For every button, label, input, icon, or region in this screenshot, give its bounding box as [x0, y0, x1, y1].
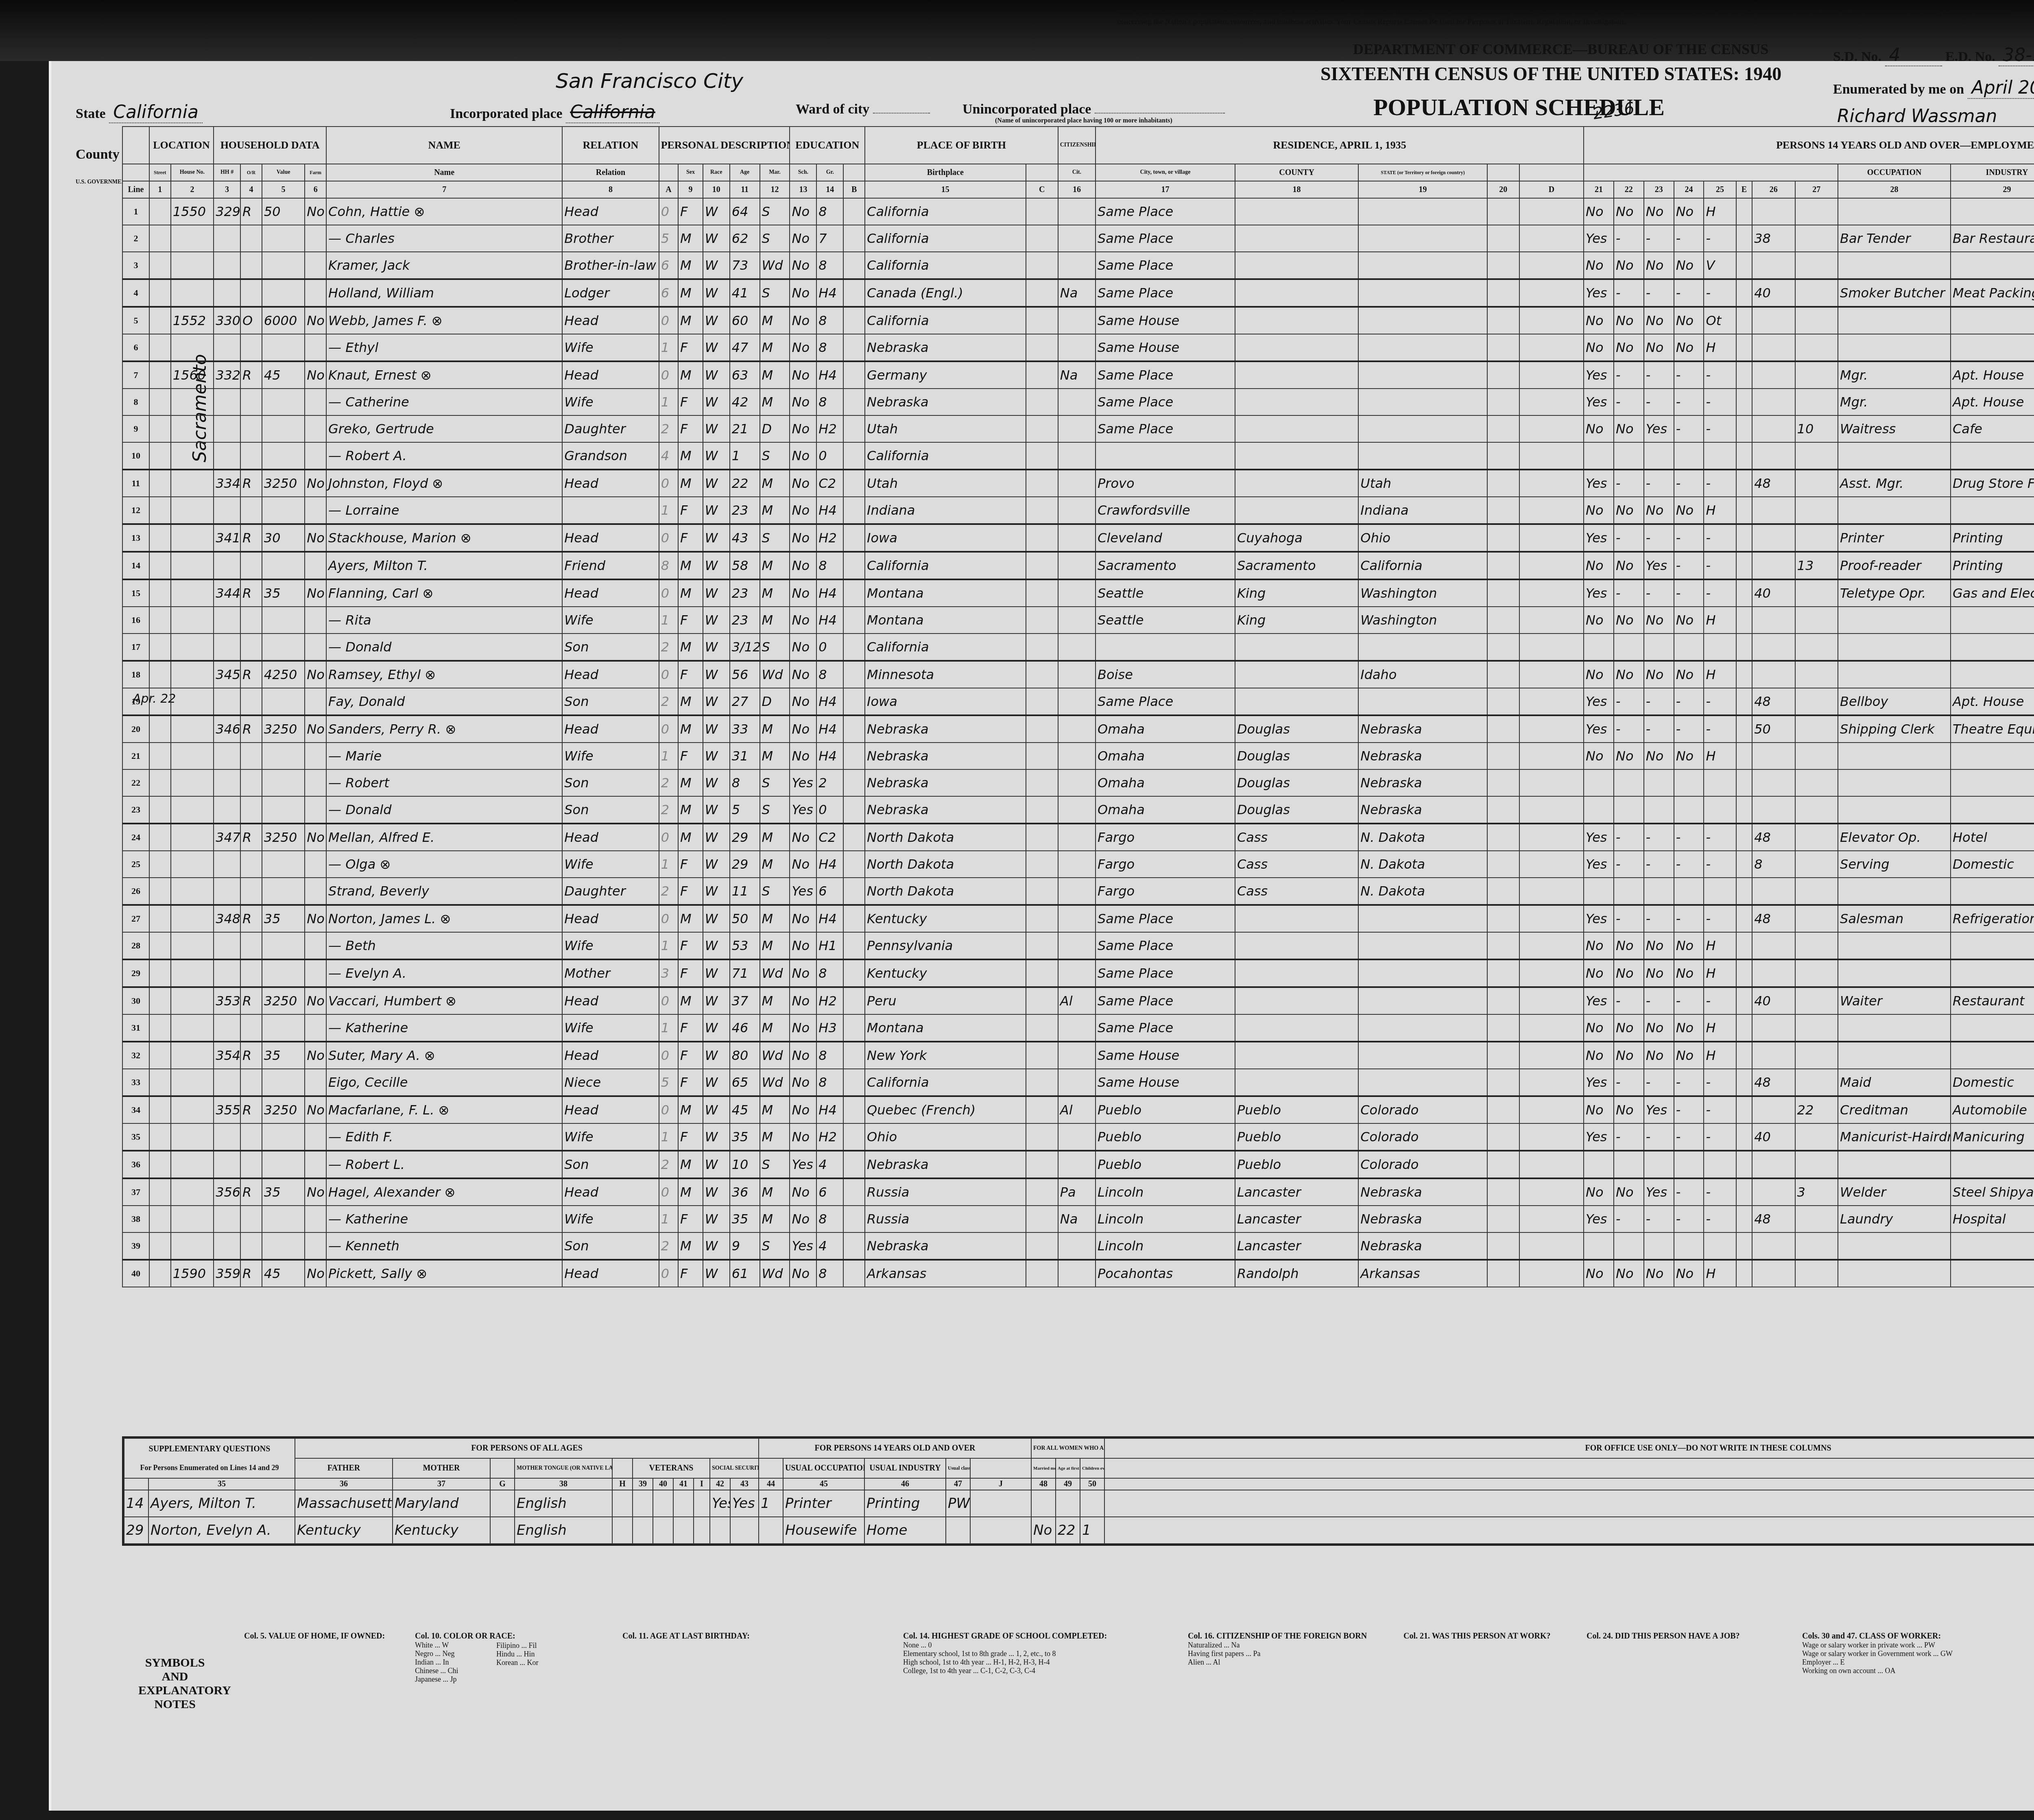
cell-c25: H: [1704, 1260, 1736, 1287]
cell-race: W: [703, 389, 730, 415]
cell-c: [1026, 607, 1058, 634]
cell-dur: [1795, 579, 1838, 607]
cell-c21: Yes: [1584, 389, 1614, 415]
cell-name: Stackhouse, Marion ⊗: [326, 524, 562, 552]
cell-state: N. Dakota: [1358, 851, 1487, 878]
cell-b: [843, 198, 865, 225]
cell-rel: Head: [562, 1096, 659, 1123]
cell-rel: Wife: [562, 851, 659, 878]
cell-line: 26: [122, 878, 149, 905]
cell-birth: Arkansas: [865, 1260, 1026, 1287]
cell-a: 0: [659, 1260, 678, 1287]
cell-mar: S: [760, 878, 790, 905]
cell-city: Crawfordsville: [1096, 497, 1235, 524]
supplementary-section: SUPPLEMENTARY QUESTIONSFor Persons Enume…: [122, 1436, 2034, 1546]
cell-dur: [1795, 334, 1838, 361]
cell-c21: Yes: [1584, 1069, 1614, 1096]
cell-cit: Pa: [1058, 1178, 1096, 1206]
cell-sch: No: [790, 470, 816, 497]
cell-gr: H2: [816, 1123, 843, 1151]
cell-sex: F: [678, 959, 703, 987]
cell-name: — Lorraine: [326, 497, 562, 524]
cell-d: [1519, 497, 1584, 524]
cell-city: Same Place: [1096, 389, 1235, 415]
cell-name: Mellan, Alfred E.: [326, 824, 562, 851]
cell-cit: [1058, 878, 1096, 905]
cell-c23: -: [1644, 1206, 1674, 1232]
cell-occ: [1838, 932, 1951, 959]
cell-hrs: 48: [1752, 905, 1795, 932]
cell-value: [262, 769, 305, 796]
cell-c22: No: [1614, 552, 1644, 579]
cell-farm20: [1487, 634, 1519, 661]
cell-farm: [305, 932, 326, 959]
cell-value: 35: [262, 579, 305, 607]
cell-line: 20: [122, 715, 149, 743]
cell-occ: Salesman: [1838, 905, 1951, 932]
cell-dur: [1795, 225, 1838, 252]
cell-street: [149, 497, 171, 524]
cell-birth: Montana: [865, 607, 1026, 634]
cell-c24: -: [1674, 1096, 1704, 1123]
cell-birth: Kentucky: [865, 959, 1026, 987]
cell-birth: Peru: [865, 987, 1026, 1014]
cell-gr: H2: [816, 524, 843, 552]
cell-c22: No: [1614, 497, 1644, 524]
cell-dur: [1795, 715, 1838, 743]
cell-value: [262, 1232, 305, 1260]
cell-birth: Germany: [865, 361, 1026, 389]
cell-dur: [1795, 524, 1838, 552]
cell-race: W: [703, 279, 730, 307]
cell-dur: [1795, 796, 1838, 824]
cell-hh: [214, 932, 240, 959]
cell-c21: Yes: [1584, 905, 1614, 932]
cell-street: [149, 688, 171, 715]
class-codes: Cols. 30 and 47. CLASS OF WORKER: Wage o…: [1802, 1632, 1953, 1675]
table-row: 35— Edith F.Wife1FW35MNoH2OhioPuebloPueb…: [122, 1123, 2034, 1151]
cell-race: W: [703, 198, 730, 225]
cell-county: Douglas: [1235, 796, 1358, 824]
cell-c25: -: [1704, 1096, 1736, 1123]
cell-county: [1235, 279, 1358, 307]
cell-c25: -: [1704, 987, 1736, 1014]
cell-sch: Yes: [790, 796, 816, 824]
cell-street: [149, 743, 171, 769]
cell-house: [171, 1123, 214, 1151]
cell-line: 21: [122, 743, 149, 769]
cell-c24: -: [1674, 1123, 1704, 1151]
cell-c21: [1584, 1232, 1614, 1260]
cell-c: [1026, 225, 1058, 252]
cell-d: [1519, 959, 1584, 987]
cell-c23: Yes: [1644, 415, 1674, 442]
cell-birth: California: [865, 198, 1026, 225]
cell-d: [1519, 334, 1584, 361]
cell-ind: [1951, 959, 2034, 987]
cell-farm: No: [305, 1178, 326, 1206]
ward-field: Ward of city: [796, 102, 930, 117]
cell-farm: [305, 688, 326, 715]
cell-dur: 10: [1795, 415, 1838, 442]
cell-mar: S: [760, 442, 790, 470]
cell-hh: [214, 225, 240, 252]
cell-farm20: [1487, 1096, 1519, 1123]
cell-b: [843, 796, 865, 824]
cell-hh: [214, 389, 240, 415]
cell-state: N. Dakota: [1358, 878, 1487, 905]
cell-value: 30: [262, 524, 305, 552]
cell-mar: S: [760, 769, 790, 796]
cell-own: [240, 634, 262, 661]
cell-c: [1026, 497, 1058, 524]
cell-name: — Olga ⊗: [326, 851, 562, 878]
cell-city: Same Place: [1096, 198, 1235, 225]
cell-occ: [1838, 959, 1951, 987]
cell-value: 4250: [262, 661, 305, 688]
table-row: 15344R35NoFlanning, Carl ⊗Head0MW23MNoH4…: [122, 579, 2034, 607]
cell-ind: [1951, 442, 2034, 470]
cell-age: 64: [730, 198, 760, 225]
cell-e: [1736, 743, 1752, 769]
cell-hrs: [1752, 1151, 1795, 1178]
cell-sch: No: [790, 1260, 816, 1287]
group-citizenship: CITIZENSHIP: [1058, 127, 1096, 164]
cell-a: 0: [659, 361, 678, 389]
cell-hh: 344: [214, 579, 240, 607]
cell-dur: [1795, 497, 1838, 524]
cell-ind: [1951, 1151, 2034, 1178]
cell-ind: [1951, 607, 2034, 634]
cell-cit: Al: [1058, 1096, 1096, 1123]
cell-sex: M: [678, 688, 703, 715]
cell-b: [843, 470, 865, 497]
cell-c23: No: [1644, 307, 1674, 334]
cell-e: [1736, 389, 1752, 415]
cell-hrs: [1752, 607, 1795, 634]
cell-own: [240, 552, 262, 579]
cell-c25: H: [1704, 661, 1736, 688]
cell-rel: Head: [562, 824, 659, 851]
cell-c25: [1704, 769, 1736, 796]
supp-cell-occ: Housewife: [783, 1517, 864, 1544]
cell-sex: M: [678, 252, 703, 279]
cell-state: Nebraska: [1358, 769, 1487, 796]
table-row: 27348R35NoNorton, James L. ⊗Head0MW50MNo…: [122, 905, 2034, 932]
cell-race: W: [703, 688, 730, 715]
cell-own: [240, 1232, 262, 1260]
cell-house: [171, 442, 214, 470]
supplementary-rows: 14Ayers, Milton T.MassachusettsMarylandE…: [124, 1490, 2034, 1544]
cell-value: [262, 497, 305, 524]
cell-house: [171, 252, 214, 279]
cell-b: [843, 905, 865, 932]
cell-dur: [1795, 1206, 1838, 1232]
cell-cit: [1058, 715, 1096, 743]
supp-cell-h: [612, 1517, 633, 1544]
cell-occ: Bellboy: [1838, 688, 1951, 715]
cell-rel: Son: [562, 796, 659, 824]
cell-sch: No: [790, 607, 816, 634]
cell-sch: No: [790, 279, 816, 307]
cell-occ: Proof-reader: [1838, 552, 1951, 579]
cell-county: [1235, 661, 1358, 688]
cell-d: [1519, 1014, 1584, 1042]
cell-sex: M: [678, 796, 703, 824]
cell-state: Idaho: [1358, 661, 1487, 688]
cell-occ: [1838, 1042, 1951, 1069]
cell-dur: [1795, 769, 1838, 796]
cell-sch: No: [790, 905, 816, 932]
cell-name: Greko, Gertrude: [326, 415, 562, 442]
cell-e: [1736, 470, 1752, 497]
cell-farm20: [1487, 552, 1519, 579]
cell-a: 2: [659, 1232, 678, 1260]
cell-house: [171, 824, 214, 851]
cell-city: Same House: [1096, 1069, 1235, 1096]
cell-county: Pueblo: [1235, 1096, 1358, 1123]
census-title: SIXTEENTH CENSUS OF THE UNITED STATES: 1…: [1320, 63, 1781, 85]
cell-sch: No: [790, 959, 816, 987]
office-use-header: FOR OFFICE USE ONLY—DO NOT WRITE IN THES…: [1104, 1438, 2034, 1458]
cell-hrs: 40: [1752, 1123, 1795, 1151]
cell-hrs: [1752, 442, 1795, 470]
cell-c25: H: [1704, 607, 1736, 634]
cell-c23: -: [1644, 1123, 1674, 1151]
cell-hrs: 48: [1752, 1206, 1795, 1232]
cell-cit: Na: [1058, 361, 1096, 389]
cell-house: [171, 415, 214, 442]
cell-house: [171, 1096, 214, 1123]
cell-state: [1358, 334, 1487, 361]
cell-street: [149, 1123, 171, 1151]
cell-house: [171, 661, 214, 688]
cell-c22: [1614, 878, 1644, 905]
cell-farm: [305, 607, 326, 634]
cell-hrs: [1752, 959, 1795, 987]
cell-a: 1: [659, 334, 678, 361]
cell-age: 42: [730, 389, 760, 415]
cell-b: [843, 959, 865, 987]
cell-ind: Apt. House: [1951, 688, 2034, 715]
table-row: 39— KennethSon2MW9SYes4NebraskaLincolnLa…: [122, 1232, 2034, 1260]
cell-e: [1736, 878, 1752, 905]
cell-c21: No: [1584, 415, 1614, 442]
cell-gr: H4: [816, 688, 843, 715]
cell-state: Nebraska: [1358, 1232, 1487, 1260]
cell-farm20: [1487, 824, 1519, 851]
cell-rel: Head: [562, 1178, 659, 1206]
cell-a: 5: [659, 1069, 678, 1096]
cell-gr: H2: [816, 415, 843, 442]
cell-county: [1235, 1042, 1358, 1069]
cell-ind: Steel Shipyards: [1951, 1178, 2034, 1206]
cell-own: [240, 932, 262, 959]
cell-street: [149, 851, 171, 878]
cell-e: [1736, 1260, 1752, 1287]
cell-cit: [1058, 497, 1096, 524]
cell-street: [149, 225, 171, 252]
cell-birth: Ohio: [865, 1123, 1026, 1151]
cell-house: [171, 579, 214, 607]
cell-age: 63: [730, 361, 760, 389]
cell-sex: F: [678, 932, 703, 959]
cell-age: 46: [730, 1014, 760, 1042]
cell-line: 36: [122, 1151, 149, 1178]
cell-name: Hagel, Alexander ⊗: [326, 1178, 562, 1206]
cell-c23: Yes: [1644, 552, 1674, 579]
cell-farm: [305, 1123, 326, 1151]
cell-mar: M: [760, 470, 790, 497]
cell-city: Lincoln: [1096, 1178, 1235, 1206]
cell-birth: Russia: [865, 1206, 1026, 1232]
cell-age: 80: [730, 1042, 760, 1069]
cell-occ: Creditman: [1838, 1096, 1951, 1123]
table-row: 51552330O6000NoWebb, James F. ⊗Head0MW60…: [122, 307, 2034, 334]
cell-c25: -: [1704, 905, 1736, 932]
cell-ind: [1951, 661, 2034, 688]
cell-value: [262, 688, 305, 715]
supp-cell-h: [612, 1490, 633, 1517]
group-employment: PERSONS 14 YEARS OLD AND OVER—EMPLOYMENT…: [1584, 127, 2034, 164]
cell-sch: No: [790, 743, 816, 769]
cell-mar: S: [760, 1151, 790, 1178]
cell-b: [843, 307, 865, 334]
cell-name: — Donald: [326, 796, 562, 824]
cell-age: 10: [730, 1151, 760, 1178]
cell-street: [149, 878, 171, 905]
cell-sex: M: [678, 225, 703, 252]
cell-c: [1026, 1151, 1058, 1178]
cell-race: W: [703, 1178, 730, 1206]
cell-state: [1358, 634, 1487, 661]
table-row: 3Kramer, JackBrother-in-law6MW73WdNo8Cal…: [122, 252, 2034, 279]
cell-rel: Friend: [562, 552, 659, 579]
cell-rel: Head: [562, 579, 659, 607]
cell-c22: [1614, 442, 1644, 470]
cell-ind: [1951, 497, 2034, 524]
cell-mar: S: [760, 279, 790, 307]
cell-rel: Head: [562, 524, 659, 552]
cell-hh: 330: [214, 307, 240, 334]
cell-street: [149, 1206, 171, 1232]
cell-gr: 0: [816, 634, 843, 661]
cell-c21: Yes: [1584, 524, 1614, 552]
cell-state: [1358, 198, 1487, 225]
confidentiality-notice: Your report is required by Act of Congre…: [1117, 8, 2012, 26]
cell-birth: Canada (Engl.): [865, 279, 1026, 307]
cell-occ: [1838, 796, 1951, 824]
cell-c24: No: [1674, 1260, 1704, 1287]
cell-ind: Refrigeration: [1951, 905, 2034, 932]
cell-sex: F: [678, 1069, 703, 1096]
cell-street: [149, 198, 171, 225]
cell-c21: No: [1584, 198, 1614, 225]
supp-cell-age_first: 22: [1056, 1517, 1080, 1544]
cell-c25: H: [1704, 1014, 1736, 1042]
cell-sex: F: [678, 389, 703, 415]
cell-age: 33: [730, 715, 760, 743]
cell-county: [1235, 634, 1358, 661]
cell-farm20: [1487, 796, 1519, 824]
cell-b: [843, 1178, 865, 1206]
cell-county: [1235, 905, 1358, 932]
cell-occ: [1838, 442, 1951, 470]
cell-c23: -: [1644, 688, 1674, 715]
cell-a: 1: [659, 1014, 678, 1042]
cell-ind: Meat Packing: [1951, 279, 2034, 307]
cell-b: [843, 769, 865, 796]
cell-occ: [1838, 497, 1951, 524]
cell-hh: [214, 607, 240, 634]
cell-c22: [1614, 1151, 1644, 1178]
cell-farm: No: [305, 1042, 326, 1069]
cell-b: [843, 579, 865, 607]
cell-c21: [1584, 878, 1614, 905]
cell-a: 1: [659, 932, 678, 959]
cell-line: 9: [122, 415, 149, 442]
cell-d: [1519, 389, 1584, 415]
enumeration-date-field: Enumerated by me on April 20 , 1940.: [1833, 77, 2034, 99]
cell-c23: -: [1644, 824, 1674, 851]
cell-gr: 0: [816, 796, 843, 824]
cell-hrs: [1752, 743, 1795, 769]
cell-c: [1026, 552, 1058, 579]
cell-farm20: [1487, 688, 1519, 715]
cell-own: [240, 389, 262, 415]
cell-mar: M: [760, 1206, 790, 1232]
cell-county: Randolph: [1235, 1260, 1358, 1287]
cell-c21: [1584, 442, 1614, 470]
cell-rel: Head: [562, 470, 659, 497]
cell-line: 17: [122, 634, 149, 661]
cell-birth: California: [865, 252, 1026, 279]
cell-c21: Yes: [1584, 715, 1614, 743]
cell-c21: Yes: [1584, 688, 1614, 715]
cell-value: 35: [262, 1178, 305, 1206]
supp-cell-v40: [653, 1490, 673, 1517]
cell-age: 31: [730, 743, 760, 769]
cell-c25: -: [1704, 415, 1736, 442]
cell-e: [1736, 1069, 1752, 1096]
cell-e: [1736, 279, 1752, 307]
cell-county: [1235, 307, 1358, 334]
cell-birth: Quebec (French): [865, 1096, 1026, 1123]
cell-race: W: [703, 661, 730, 688]
cell-hh: [214, 769, 240, 796]
cell-a: 1: [659, 389, 678, 415]
cell-hrs: [1752, 769, 1795, 796]
cell-own: [240, 415, 262, 442]
supp-cell-tongue: English: [515, 1517, 612, 1544]
cell-c22: -: [1614, 1206, 1644, 1232]
cell-b: [843, 361, 865, 389]
cell-race: W: [703, 579, 730, 607]
cell-value: [262, 1014, 305, 1042]
cell-c22: No: [1614, 252, 1644, 279]
table-row: 31— KatherineWife1FW46MNoH3MontanaSame P…: [122, 1014, 2034, 1042]
cell-c: [1026, 198, 1058, 225]
over14-header: FOR PERSONS 14 YEARS OLD AND OVER: [759, 1438, 1031, 1458]
cell-farm: [305, 497, 326, 524]
cell-cit: [1058, 607, 1096, 634]
cell-dur: [1795, 1014, 1838, 1042]
table-row: 38— KatherineWife1FW35MNo8RussiaNaLincol…: [122, 1206, 2034, 1232]
supplementary-row: 14Ayers, Milton T.MassachusettsMarylandE…: [124, 1490, 2034, 1517]
cell-cit: [1058, 1123, 1096, 1151]
cell-state: Nebraska: [1358, 715, 1487, 743]
cell-mar: M: [760, 552, 790, 579]
